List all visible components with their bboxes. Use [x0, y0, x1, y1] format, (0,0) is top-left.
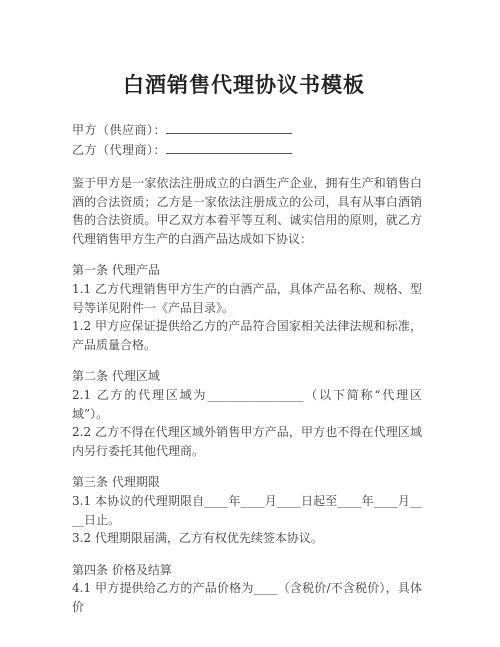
clause-3-2: 3.2 代理期限届满，乙方有权优先续签本协议。: [72, 529, 422, 548]
section-price-settlement: 第四条 价格及结算 4.1 甲方提供给乙方的产品价格为____（含税价/不含税价…: [72, 561, 422, 617]
party-a-label: 甲方（供应商）：: [72, 123, 166, 137]
document-title: 白酒销售代理协议书模板: [66, 72, 422, 98]
section-agency-territory: 第二条 代理区域 2.1 乙方的代理区域为________________（以下…: [72, 367, 422, 460]
section-1-heading: 第一条 代理产品: [72, 261, 422, 280]
clause-1-2: 1.2 甲方应保证提供给乙方的产品符合国家相关法律法规和标准，产品质量合格。: [72, 317, 422, 354]
section-4-heading: 第四条 价格及结算: [72, 561, 422, 580]
party-b-label: 乙方（代理商）：: [72, 143, 166, 157]
section-3-heading: 第三条 代理期限: [72, 473, 422, 492]
clause-3-1: 3.1 本协议的代理期限自____年____月____日起至____年____月…: [72, 492, 422, 529]
party-b-line: 乙方（代理商）：: [72, 140, 422, 160]
clause-2-2: 2.2 乙方不得在代理区域外销售甲方产品，甲方也不得在代理区域内另行委托其他代理…: [72, 423, 422, 460]
party-a-line: 甲方（供应商）：: [72, 120, 422, 140]
section-2-heading: 第二条 代理区域: [72, 367, 422, 386]
clause-4-1: 4.1 甲方提供给乙方的产品价格为____（含税价/不含税价），具体价: [72, 579, 422, 616]
party-b-blank: [166, 142, 292, 154]
party-a-blank: [166, 122, 292, 134]
clause-2-1: 2.1 乙方的代理区域为________________（以下简称“代理区域”）…: [72, 386, 422, 423]
section-agency-products: 第一条 代理产品 1.1 乙方代理销售甲方生产的白酒产品，具体产品名称、规格、型…: [72, 261, 422, 354]
party-block: 甲方（供应商）： 乙方（代理商）：: [72, 120, 422, 160]
document-page: 白酒销售代理协议书模板 甲方（供应商）： 乙方（代理商）： 鉴于甲方是一家依法注…: [0, 0, 500, 647]
clause-1-1: 1.1 乙方代理销售甲方生产的白酒产品，具体产品名称、规格、型号等详见附件一《产…: [72, 280, 422, 317]
section-agency-term: 第三条 代理期限 3.1 本协议的代理期限自____年____月____日起至_…: [72, 473, 422, 547]
preamble-paragraph: 鉴于甲方是一家依法注册成立的白酒生产企业，拥有生产和销售白酒的合法资质；乙方是一…: [72, 174, 422, 248]
